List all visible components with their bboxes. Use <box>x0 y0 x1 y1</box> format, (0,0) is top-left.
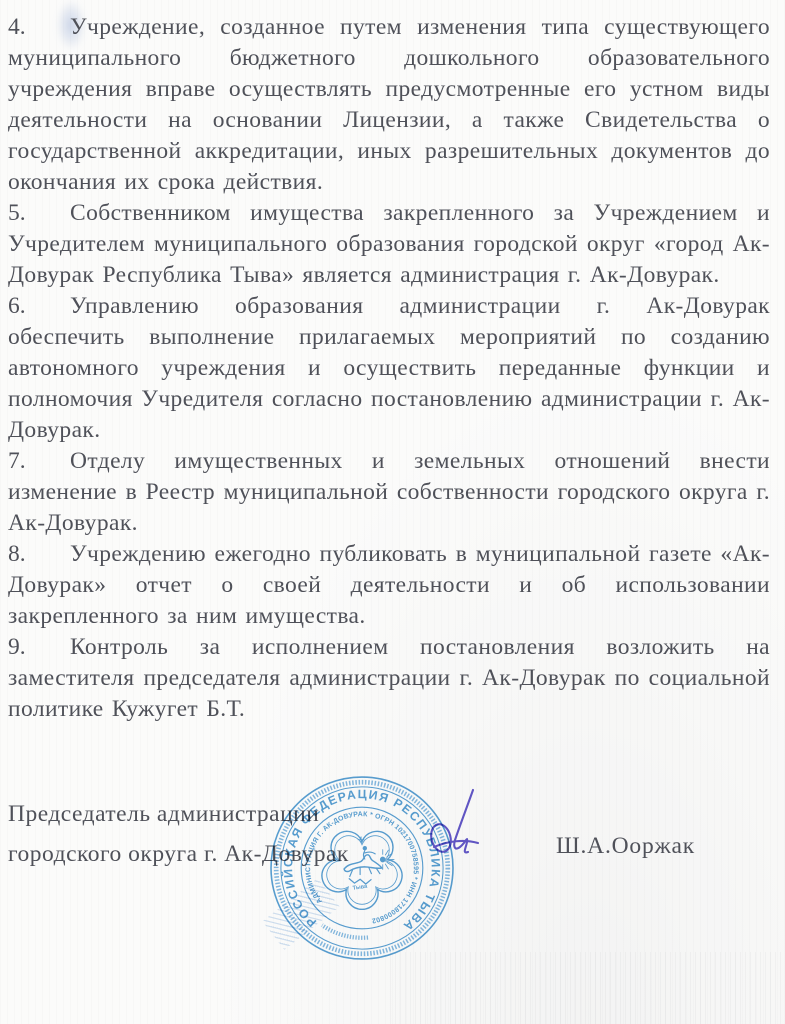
signature-crossbar <box>434 841 478 847</box>
paragraph-number: 9. <box>8 632 70 663</box>
paragraph-number: 5. <box>8 198 70 229</box>
paragraph-text: Собственником имущества закрепленного за… <box>8 200 770 288</box>
decree-paragraphs: 4.Учреждение, созданное путем изменения … <box>8 12 770 725</box>
paragraph-number: 4. <box>8 12 70 43</box>
paragraph-text: Учреждение, созданное путем изменения ти… <box>8 14 770 195</box>
paragraph-9: 9.Контроль за исполнением постановления … <box>8 632 770 725</box>
paragraph-number: 6. <box>8 291 70 322</box>
paragraph-8: 8.Учреждению ежегодно публиковать в муни… <box>8 539 770 632</box>
paragraph-text: Контроль за исполнением постановления во… <box>8 634 770 722</box>
signature-loop <box>428 822 453 854</box>
stamp-bottom-microtext-arc <box>322 925 368 938</box>
document-page: 4.Учреждение, созданное путем изменения … <box>0 0 785 1024</box>
stamp-emblem-ribbon <box>349 878 372 884</box>
paragraph-text: Управлению образования администрации г. … <box>8 293 770 443</box>
signature-tall-stroke <box>454 790 473 852</box>
stamp-emblem-cinquefoil-outer <box>322 831 402 909</box>
paragraph-text: Учреждению ежегодно публиковать в муници… <box>8 541 770 629</box>
signer-name: Ш.А.Ооржак <box>556 833 695 860</box>
paragraph-number: 7. <box>8 446 70 477</box>
signature-ink <box>420 785 485 865</box>
stamp-center-label: Тыва <box>352 884 368 892</box>
paragraph-4: 4.Учреждение, созданное путем изменения … <box>8 12 770 198</box>
paragraph-5: 5.Собственником имущества закрепленного … <box>8 198 770 291</box>
stamp-emblem-cinquefoil-inner <box>327 836 397 905</box>
paragraph-number: 8. <box>8 539 70 570</box>
paragraph-text: Отделу имущественных и земельных отношен… <box>8 448 770 536</box>
paragraph-6: 6.Управлению образования администрации г… <box>8 291 770 446</box>
paragraph-7: 7.Отделу имущественных и земельных отнош… <box>8 446 770 539</box>
